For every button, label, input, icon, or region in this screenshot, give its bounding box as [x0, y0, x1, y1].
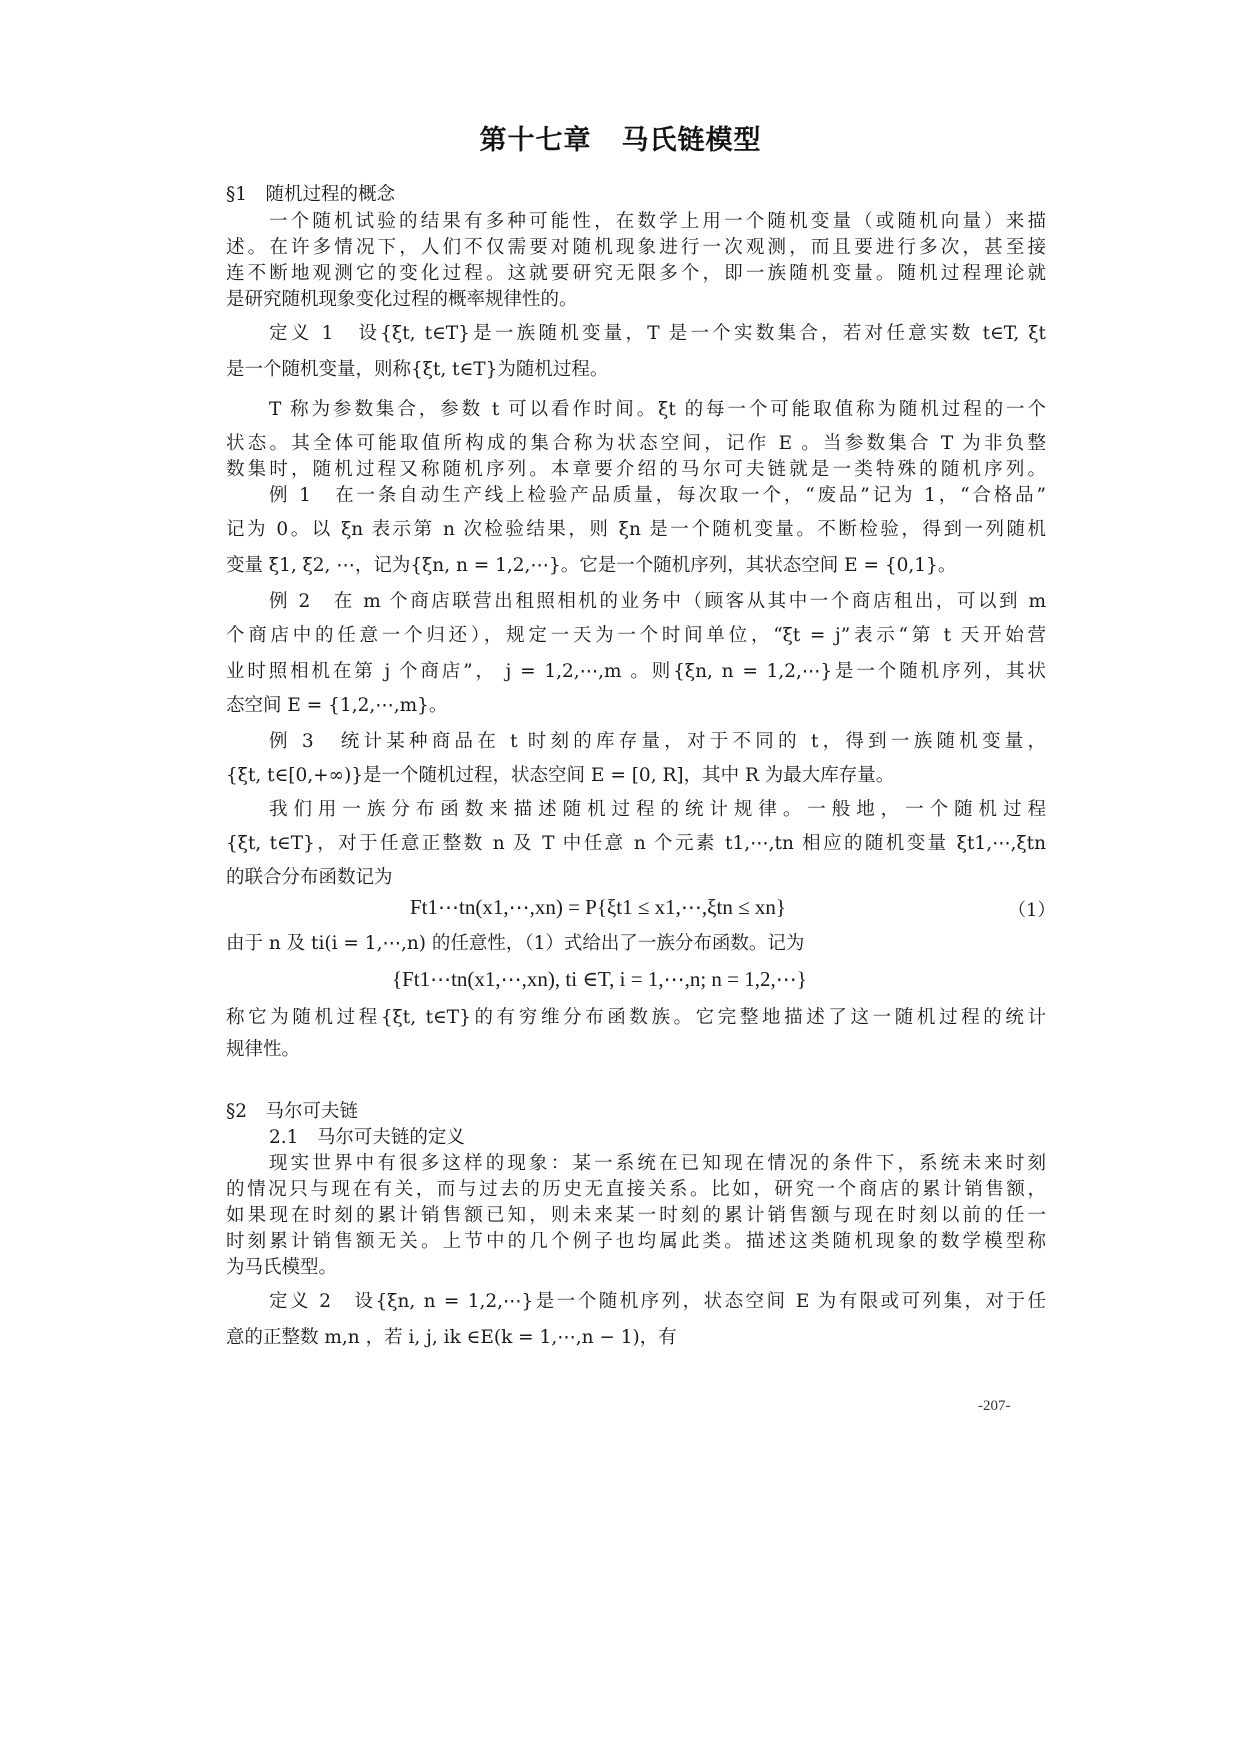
paragraph-line: 我们用一族分布函数来描述随机过程的统计规律。一般地，一个随机过程: [226, 798, 1046, 822]
paragraph-line: {ξt, t∈T}，对于任意正整数 n 及 T 中任意 n 个元素 t1,⋯,t…: [226, 832, 1046, 856]
definition-line: 意的正整数 m,n ，若 i, j, ik ∈E(k = 1,⋯,n − 1)，…: [226, 1326, 1046, 1350]
example-line: 态空间 E = {1,2,⋯,m}。: [226, 694, 1046, 718]
paragraph-line: 的联合分布函数记为: [226, 866, 1046, 890]
paragraph-line: 连不断地观测它的变化过程。这就要研究无限多个，即一族随机变量。随机过程理论就: [226, 262, 1046, 286]
example-line: 变量 ξ1, ξ2, ⋯，记为{ξn, n = 1,2,⋯}。它是一个随机序列，…: [226, 554, 1046, 578]
equation-1: Ft1⋯tn(x1,⋯,xn) = P{ξt1 ≤ x1,⋯,ξtn ≤ xn}: [410, 894, 786, 920]
definition-line: 定义 1 设{ξt, t∈T}是一族随机变量，T 是一个实数集合，若对任意实数 …: [226, 322, 1046, 346]
example-line: 例 3 统计某种商品在 t 时刻的库存量，对于不同的 t，得到一族随机变量，: [226, 730, 1046, 754]
paragraph-line: 为马氏模型。: [226, 1256, 1046, 1280]
equation-2: {Ft1⋯tn(x1,⋯,xn), ti ∈T, i = 1,⋯,n; n = …: [392, 966, 807, 992]
paragraph-line: 称它为随机过程{ξt, t∈T}的有穷维分布函数族。它完整地描述了这一随机过程的…: [226, 1006, 1046, 1030]
paragraph-line: 述。在许多情况下，人们不仅需要对随机现象进行一次观测，而且要进行多次，甚至接: [226, 236, 1046, 260]
example-line: {ξt, t∈[0,+∞)}是一个随机过程，状态空间 E = [0, R]，其中…: [226, 764, 1046, 788]
paragraph-line: 状态。其全体可能取值所构成的集合称为状态空间，记作 E 。当参数集合 T 为非负…: [226, 432, 1046, 456]
paragraph-line: 的情况只与现在有关，而与过去的历史无直接关系。比如，研究一个商店的累计销售额，: [226, 1178, 1046, 1202]
example-line: 业时照相机在第 j 个商店”， j = 1,2,⋯,m 。则{ξn, n = 1…: [226, 660, 1046, 684]
page-number: -207-: [978, 1398, 1011, 1415]
section-heading: §1 随机过程的概念: [226, 183, 1046, 207]
example-line: 个商店中的任意一个归还），规定一天为一个时间单位，“ξt = j”表示“第 t …: [226, 624, 1046, 648]
section-heading: §2 马尔可夫链: [226, 1100, 1046, 1124]
example-line: 记为 0。以 ξn 表示第 n 次检验结果，则 ξn 是一个随机变量。不断检验，…: [226, 518, 1046, 542]
document-page: 第十七章马氏链模型 §1 随机过程的概念 一个随机试验的结果有多种可能性，在数学…: [0, 0, 1241, 1755]
paragraph-line: 如果现在时刻的累计销售额已知，则未来某一时刻的累计销售额与现在时刻以前的任一: [226, 1204, 1046, 1228]
definition-line: 定义 2 设{ξn, n = 1,2,⋯}是一个随机序列，状态空间 E 为有限或…: [226, 1290, 1046, 1314]
subsection-heading: 2.1 马尔可夫链的定义: [226, 1126, 1046, 1150]
chapter-number: 第十七章: [480, 125, 592, 156]
paragraph-line: 一个随机试验的结果有多种可能性，在数学上用一个随机变量（或随机向量）来描: [226, 210, 1046, 234]
paragraph-line: 现实世界中有很多这样的现象：某一系统在已知现在情况的条件下，系统未来时刻: [226, 1152, 1046, 1176]
paragraph-line: T 称为参数集合，参数 t 可以看作时间。ξt 的每一个可能取值称为随机过程的一…: [226, 398, 1046, 422]
example-line: 例 1 在一条自动生产线上检验产品质量，每次取一个，“废品”记为 1，“合格品”: [226, 484, 1046, 508]
paragraph-line: 规律性。: [226, 1038, 1046, 1062]
paragraph-line: 是研究随机现象变化过程的概率规律性的。: [226, 288, 1046, 312]
paragraph-line: 时刻累计销售额无关。上节中的几个例子也均属此类。描述这类随机现象的数学模型称: [226, 1230, 1046, 1254]
definition-line: 是一个随机变量，则称{ξt, t∈T}为随机过程。: [226, 358, 1046, 382]
chapter-name: 马氏链模型: [622, 125, 762, 156]
equation-number: （1）: [1008, 896, 1055, 922]
paragraph-line: 数集时，随机过程又称随机序列。本章要介绍的马尔可夫链就是一类特殊的随机序列。: [226, 458, 1046, 482]
chapter-title: 第十七章马氏链模型: [0, 118, 1241, 157]
example-line: 例 2 在 m 个商店联营出租照相机的业务中（顾客从其中一个商店租出，可以到 m: [226, 590, 1046, 614]
paragraph-line: 由于 n 及 ti(i = 1,⋯,n) 的任意性，（1）式给出了一族分布函数。…: [226, 932, 1046, 956]
